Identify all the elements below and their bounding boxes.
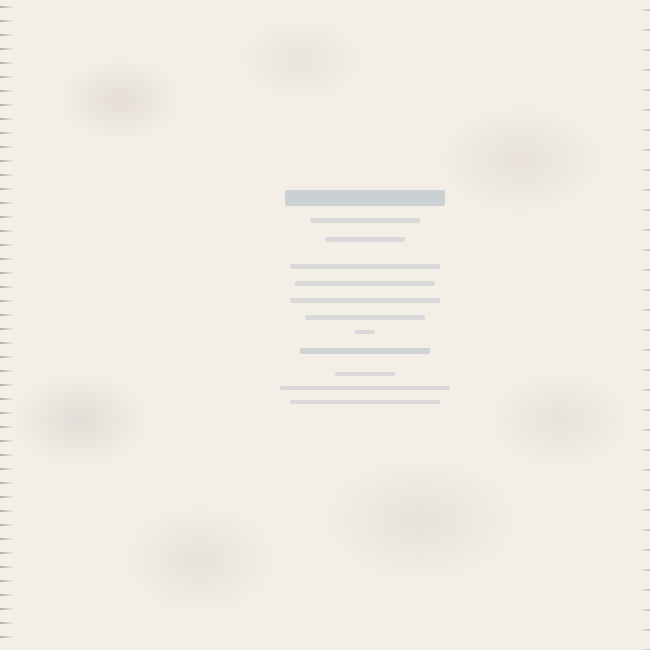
page-title (285, 190, 445, 206)
imprint-line (280, 386, 450, 390)
text-line (310, 218, 420, 223)
text-line (300, 348, 430, 354)
imprint-line (290, 400, 440, 404)
scanned-page (0, 0, 650, 650)
text-line (295, 281, 435, 286)
left-edge-scan-artifact (0, 0, 14, 650)
text-line (290, 264, 440, 269)
title-page-text-block (270, 190, 460, 404)
divider-ornament (355, 330, 375, 334)
text-line (290, 298, 440, 303)
right-edge-scan-artifact (640, 0, 650, 650)
text-line (325, 237, 405, 242)
text-line (335, 372, 395, 376)
text-line (305, 315, 425, 320)
